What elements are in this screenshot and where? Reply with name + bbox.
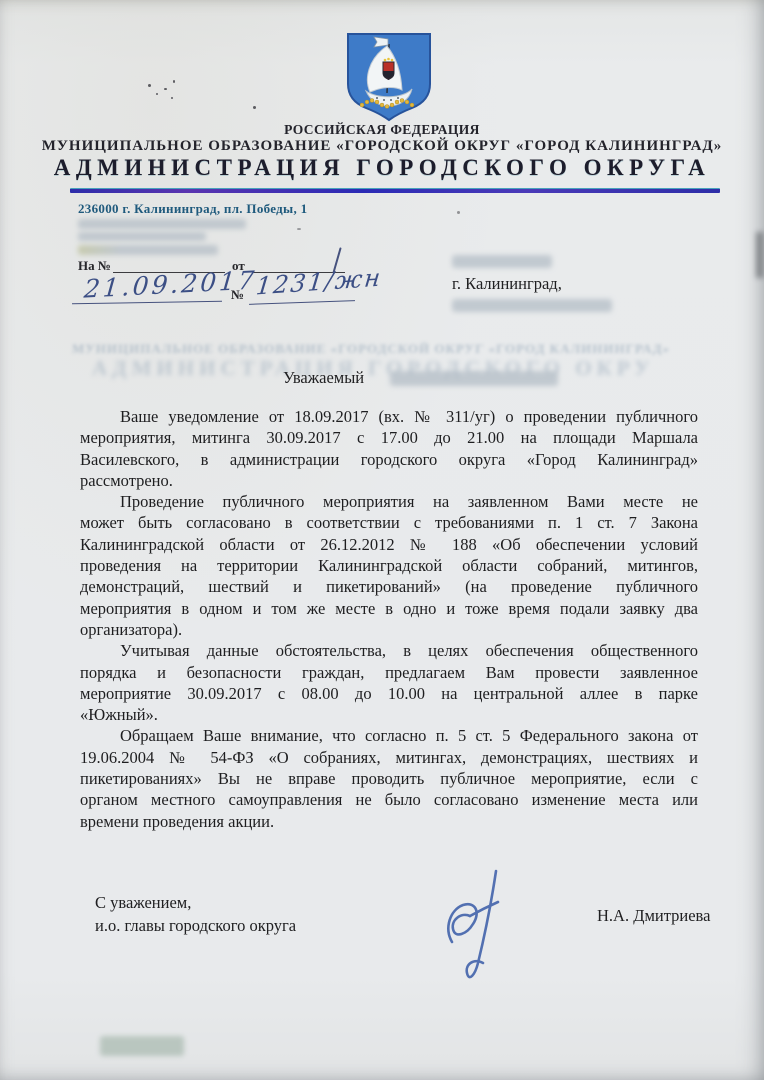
coat-of-arms-icon bbox=[341, 31, 437, 123]
handwritten-number: 1231/жн bbox=[255, 263, 384, 300]
body-line: Учитывая данные обстоятельства, в целях … bbox=[80, 640, 698, 661]
body-line: мероприятия в одном и том же месте в одн… bbox=[80, 598, 698, 619]
closing-block: С уважением, и.о. главы городского округ… bbox=[95, 891, 296, 937]
body-line: органом местного самоуправления не было … bbox=[80, 789, 698, 810]
handwritten-signature bbox=[436, 866, 536, 993]
recipient-city: г. Калининград, bbox=[452, 274, 562, 294]
no-label: № bbox=[231, 287, 244, 303]
body-line: времени проведения акции. bbox=[80, 811, 698, 832]
body-line: 19.06.2004 № 54-ФЗ «О собраниях, митинга… bbox=[80, 747, 698, 768]
header-municipality: МУНИЦИПАЛЬНОЕ ОБРАЗОВАНИЕ «ГОРОДСКОЙ ОКР… bbox=[0, 138, 764, 155]
body-line: мероприятие 30.09.2017 с 08.00 до 10.00 … bbox=[80, 683, 698, 704]
body-line: демонстраций, шествий и пикетирований» (… bbox=[80, 576, 698, 597]
scan-speck bbox=[173, 80, 175, 83]
scan-speck bbox=[148, 84, 151, 87]
body-line: может быть согласовано в соответствии с … bbox=[80, 512, 698, 533]
body-line: Калининградской области от 26.12.2012 № … bbox=[80, 534, 698, 555]
closing-position: и.о. главы городского округа bbox=[95, 914, 296, 937]
redacted-salutation-name bbox=[390, 371, 558, 386]
scanned-letter-page: РОССИЙСКАЯ ФЕДЕРАЦИЯ МУНИЦИПАЛЬНОЕ ОБРАЗ… bbox=[0, 0, 764, 1080]
body-line: порядка и безопасности граждан, предлага… bbox=[80, 662, 698, 683]
redacted-contact-line bbox=[78, 245, 218, 255]
letter-body: Ваше уведомление от 18.09.2017 (вх. № 31… bbox=[80, 406, 698, 832]
body-line: «Южный». bbox=[80, 704, 698, 725]
header-country: РОССИЙСКАЯ ФЕДЕРАЦИЯ bbox=[0, 122, 764, 138]
na-no-label: На № bbox=[78, 258, 111, 274]
sender-address: 236000 г. Калининград, пл. Победы, 1 bbox=[78, 201, 307, 217]
scan-speck bbox=[156, 93, 158, 95]
scan-speck bbox=[164, 88, 167, 90]
body-line: организатора). bbox=[80, 619, 698, 640]
header-divider-rule bbox=[70, 188, 720, 193]
body-line: проведения на территории Калининградской… bbox=[80, 555, 698, 576]
scan-speck bbox=[253, 106, 256, 109]
redacted-executor-note bbox=[100, 1036, 184, 1056]
body-line: Василевского, в администрации городского… bbox=[80, 449, 698, 470]
scan-speck bbox=[457, 211, 460, 214]
redacted-contact-line bbox=[78, 232, 206, 241]
body-line: Ваше уведомление от 18.09.2017 (вх. № 31… bbox=[80, 406, 698, 427]
scan-speck bbox=[297, 228, 301, 230]
header-administration: АДМИНИСТРАЦИЯ ГОРОДСКОГО ОКРУГА bbox=[0, 155, 764, 181]
body-line: Обращаем Ваше внимание, что согласно п. … bbox=[80, 725, 698, 746]
closing-regards: С уважением, bbox=[95, 891, 296, 914]
body-line: пикетированиях» Вы не вправе проводить п… bbox=[80, 768, 698, 789]
bleed-through-line: АДМИНИСТРАЦИЯ ГОРОДСКОГО ОКРУГА bbox=[92, 356, 649, 381]
signer-name: Н.А. Дмитриева bbox=[597, 906, 710, 926]
number-underline bbox=[249, 299, 355, 305]
scan-edge-smudge bbox=[756, 232, 764, 278]
bleed-through-line: МУНИЦИПАЛЬНОЕ ОБРАЗОВАНИЕ «ГОРОДСКОЙ ОКР… bbox=[72, 341, 709, 357]
body-line: мероприятия, митинга 30.09.2017 с 17.00 … bbox=[80, 427, 698, 448]
body-line: Проведение публичного мероприятия на зая… bbox=[80, 491, 698, 512]
redacted-recipient-name bbox=[452, 255, 552, 268]
redacted-contact-line bbox=[78, 219, 246, 229]
salutation: Уважаемый bbox=[283, 368, 364, 388]
redacted-recipient-address bbox=[452, 299, 612, 312]
coat-of-arms-kaliningrad bbox=[341, 31, 437, 128]
scan-speck bbox=[171, 97, 173, 99]
body-line: рассмотрено. bbox=[80, 470, 698, 491]
